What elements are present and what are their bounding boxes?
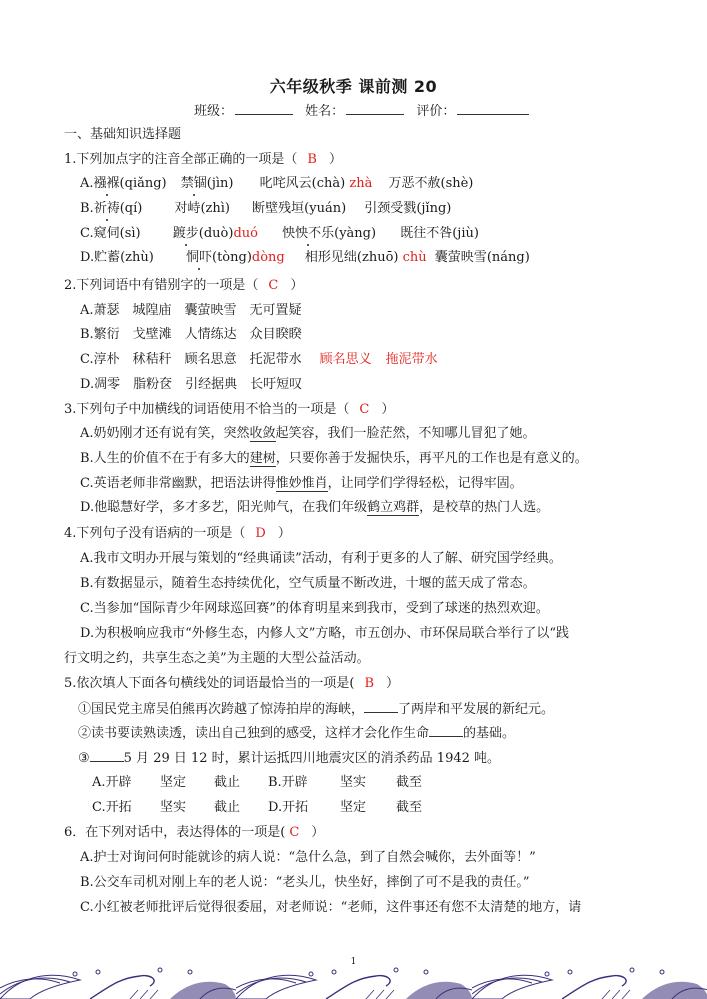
question-4-stem: 4.下列句子没有语病的一项是（D） bbox=[64, 526, 291, 542]
name-label: 姓名： bbox=[305, 104, 344, 119]
fill-blank bbox=[429, 725, 463, 737]
q5-options-row-1: A.开辟坚定截止B.开辟坚实截至 bbox=[92, 775, 422, 791]
underlined-word: 建树 bbox=[250, 451, 276, 467]
answer-mark: C bbox=[268, 278, 278, 294]
answer-mark: B bbox=[307, 152, 317, 168]
q2-option-d: D.凋零 脂粉奁 引经据典 长吁短叹 bbox=[80, 377, 302, 393]
underlined-word: 鹤立鸡群 bbox=[367, 500, 419, 516]
q6-option-a: A.护士对询问何时能就诊的病人说：“急什么急，到了自然会喊你，去外面等！” bbox=[80, 850, 536, 866]
question-6-stem: 6．在下列对话中，表达得体的一项是(C） bbox=[64, 825, 324, 841]
q6-option-c: C.小红被老师批评后觉得很委屈，对老师说：“老师，这件事还有您不太清楚的地方，请 bbox=[80, 900, 581, 916]
q4-option-a: A.我市文明办开展与策划的“经典诵读”活动，有利于更多的人了解、研究国学经典。 bbox=[80, 551, 562, 567]
question-2-stem: 2.下列词语中有错别字的一项是（C） bbox=[64, 278, 303, 294]
correction: zhà bbox=[349, 176, 372, 191]
q2-option-b: B.繁衍 戈壁滩 人情练达 众目睽睽 bbox=[80, 327, 302, 343]
grade-label: 评价： bbox=[416, 104, 455, 119]
q3-option-b: B.人生的价值不在于有多大的建树，只要你善于发掘快乐，再平凡的工作也是有意义的。 bbox=[80, 451, 588, 467]
q6-option-b: B.公交车司机对刚上车的老人说：“老头儿，快坐好，摔倒了可不是我的责任。” bbox=[80, 875, 529, 891]
answer-mark: C bbox=[359, 402, 369, 418]
q5-sentence-3: ③5 月 29 日 12 时，累计运抵四川地震灾区的消杀药品 1942 吨。 bbox=[78, 750, 500, 767]
q2-option-c: C.淳朴 秫秸秆 顾名思意 托泥带水顾名思义拖泥带水 bbox=[80, 352, 438, 368]
student-info-row: 班级： 姓名： 评价： bbox=[194, 100, 537, 119]
answer-mark: C bbox=[289, 825, 299, 841]
q1-option-b: B.祈祷(qí) 对峙(zhì) 断壁残垣(yuán) 引颈受戮(jǐng) bbox=[80, 201, 451, 217]
question-1-stem: 1.下列加点字的注音全部正确的一项是（B） bbox=[64, 152, 342, 168]
grade-blank[interactable] bbox=[457, 102, 529, 115]
correction: duó bbox=[233, 226, 258, 241]
class-label: 班级： bbox=[194, 104, 233, 119]
underlined-word: 惟妙惟肖 bbox=[276, 476, 328, 492]
wave-border-decoration bbox=[0, 966, 707, 999]
question-3-stem: 3.下列句子中加横线的词语使用不恰当的一项是（C） bbox=[64, 402, 394, 418]
section-title: 一、基础知识选择题 bbox=[64, 127, 181, 143]
question-5-stem: 5.依次填人下面各句横线处的词语最恰当的一项是(B） bbox=[64, 676, 399, 692]
q5-sentence-2: ②读书要读熟读透，读出自己独到的感受，这样才会化作生命的基础。 bbox=[78, 725, 515, 742]
answer-mark: B bbox=[364, 676, 374, 692]
correction: dòng bbox=[252, 250, 285, 265]
document-page: 六年级秋季 课前测 20 班级： 姓名： 评价： 一、基础知识选择题 1.下列加… bbox=[0, 0, 707, 999]
q5-options-row-2: C.开拓坚实截止D.开拓坚定截至 bbox=[92, 800, 422, 816]
fill-blank bbox=[90, 750, 124, 762]
q1-option-d: D.贮蓄(zhù) 恫吓(tòng)dòng 相形见绌(zhuō) chù 囊萤… bbox=[80, 250, 530, 266]
q1-option-c: C.窥伺(sì) 踱步(duò)duó 怏怏不乐(yàng) 既往不咎(jiù) bbox=[80, 226, 479, 242]
q5-sentence-1: ①国民党主席吴伯熊再次跨越了惊涛拍岸的海峡，了两岸和平发展的新纪元。 bbox=[78, 701, 554, 718]
q3-option-c: C.英语老师非常幽默，把语法讲得惟妙惟肖，让同学们学得轻松，记得牢固。 bbox=[80, 476, 523, 492]
correction: 顾名思义 bbox=[320, 352, 372, 367]
q3-option-a: A.奶奶刚才还有说有笑，突然收敛起笑容，我们一脸茫然，不知哪儿冒犯了她。 bbox=[80, 426, 536, 442]
correction: chù bbox=[403, 250, 427, 265]
q4-option-c: C.当参加“国际青少年网球巡回赛”的体育明星来到我市，受到了球迷的热烈欢迎。 bbox=[80, 601, 549, 617]
page-title: 六年级秋季 课前测 20 bbox=[0, 74, 707, 97]
q2-option-a: A.萧瑟 城隍庙 囊萤映雪 无可置疑 bbox=[80, 303, 302, 319]
class-blank[interactable] bbox=[235, 102, 293, 115]
q4-option-b: B.有数据显示，随着生态持续优化，空气质量不断改进，十堰的蓝天成了常态。 bbox=[80, 576, 536, 592]
q4-option-d-cont: 行文明之约，共享生态之美”为主题的大型公益活动。 bbox=[64, 651, 370, 667]
answer-mark: D bbox=[255, 526, 265, 542]
fill-blank bbox=[364, 701, 398, 713]
q3-option-d: D.他聪慧好学，多才多艺，阳光帅气，在我们年级鹤立鸡群，是校草的热门人选。 bbox=[80, 500, 549, 516]
correction: 拖泥带水 bbox=[386, 352, 438, 367]
underlined-word: 收敛 bbox=[250, 426, 276, 442]
q1-option-a: A.襁褓(qiǎng) 禁锢(jìn) 叱咤风云(chà) zhà 万恶不赦(s… bbox=[80, 176, 473, 192]
name-blank[interactable] bbox=[346, 102, 404, 115]
q4-option-d: D.为积极响应我市“外修生态，内修人文”方略，市五创办、市环保局联合举行了以“践 bbox=[80, 626, 569, 642]
